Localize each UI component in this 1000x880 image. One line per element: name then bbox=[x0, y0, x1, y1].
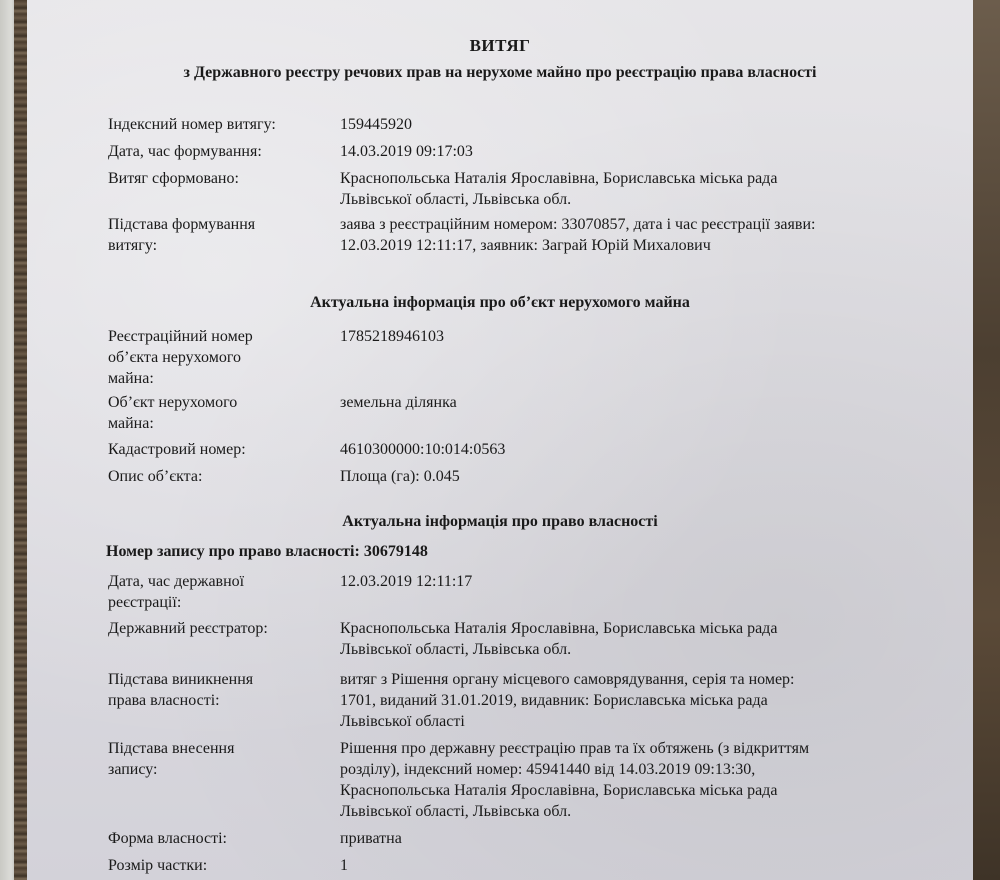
value-line: Львівської області, Львівська обл. bbox=[340, 639, 928, 660]
label-line: Дата, час формування: bbox=[108, 141, 340, 162]
field-label: Державний реєстратор: bbox=[108, 618, 340, 660]
value-line: 1785218946103 bbox=[340, 326, 928, 347]
field-cadastral-number: Кадастровий номер: 4610300000:10:014:056… bbox=[108, 439, 928, 460]
field-formation-datetime: Дата, час формування: 14.03.2019 09:17:0… bbox=[108, 141, 928, 162]
field-label: Дата, час формування: bbox=[108, 141, 340, 162]
label-line: запису: bbox=[108, 759, 340, 780]
background-left-binder-edge bbox=[14, 0, 28, 880]
value-line: 12.03.2019 12:11:17, заявник: Заграй Юрі… bbox=[340, 235, 928, 256]
field-formation-basis: Підстава формування витягу: заява з реєс… bbox=[108, 214, 928, 256]
field-label: Дата, час державної реєстрації: bbox=[108, 571, 340, 613]
label-line: Опис об’єкта: bbox=[108, 466, 340, 487]
field-value: заява з реєстраційним номером: 33070857,… bbox=[340, 214, 928, 256]
value-line: 12.03.2019 12:11:17 bbox=[340, 571, 928, 592]
field-object-type: Об’єкт нерухомого майна: земельна ділянк… bbox=[108, 392, 928, 434]
document-page: ВИТЯГ з Державного реєстру речових прав … bbox=[27, 0, 973, 880]
field-value: 159445920 bbox=[340, 114, 928, 135]
field-label: Реєстраційний номер об’єкта нерухомого м… bbox=[108, 326, 340, 389]
field-value: 1785218946103 bbox=[340, 326, 928, 389]
field-label: Об’єкт нерухомого майна: bbox=[108, 392, 340, 434]
ownership-record-number: Номер запису про право власності: 306791… bbox=[106, 543, 428, 561]
field-object-description: Опис об’єкта: Площа (га): 0.045 bbox=[108, 466, 928, 487]
document-title: ВИТЯГ bbox=[27, 36, 973, 56]
field-label: Підстава формування витягу: bbox=[108, 214, 340, 256]
value-line: 1701, виданий 31.01.2019, видавник: Бори… bbox=[340, 690, 928, 711]
value-line: Львівської області, Львівська обл. bbox=[340, 801, 928, 822]
value-line: Площа (га): 0.045 bbox=[340, 466, 928, 487]
field-label: Кадастровий номер: bbox=[108, 439, 340, 460]
label-line: майна: bbox=[108, 368, 340, 389]
section-title-property-object: Актуальна інформація про об’єкт нерухомо… bbox=[27, 294, 973, 312]
field-value: 1 bbox=[340, 855, 928, 876]
label-line: Об’єкт нерухомого bbox=[108, 392, 340, 413]
value-line: 1 bbox=[340, 855, 928, 876]
value-line: 14.03.2019 09:17:03 bbox=[340, 141, 928, 162]
label-line: Форма власності: bbox=[108, 828, 340, 849]
label-line: майна: bbox=[108, 413, 340, 434]
document-subtitle: з Державного реєстру речових прав на нер… bbox=[27, 64, 973, 82]
value-line: Краснопольська Наталія Ярославівна, Бори… bbox=[340, 780, 928, 801]
field-ownership-form: Форма власності: приватна bbox=[108, 828, 928, 849]
field-label: Підстава виникнення права власності: bbox=[108, 669, 340, 732]
field-entry-basis: Підстава внесення запису: Рішення про де… bbox=[108, 738, 928, 822]
label-line: витягу: bbox=[108, 235, 340, 256]
label-line: Підстава виникнення bbox=[108, 669, 340, 690]
label-line: Дата, час державної bbox=[108, 571, 340, 592]
value-line: розділу), індексний номер: 45941440 від … bbox=[340, 759, 928, 780]
value-line: Львівської області bbox=[340, 711, 928, 732]
label-line: права власності: bbox=[108, 690, 340, 711]
value-line: земельна ділянка bbox=[340, 392, 928, 413]
label-line: об’єкта нерухомого bbox=[108, 347, 340, 368]
label-line: Кадастровий номер: bbox=[108, 439, 340, 460]
field-state-registrar: Державний реєстратор: Краснопольська Нат… bbox=[108, 618, 928, 660]
field-value: 12.03.2019 12:11:17 bbox=[340, 571, 928, 613]
field-label: Індексний номер витягу: bbox=[108, 114, 340, 135]
section-title-ownership: Актуальна інформація про право власності bbox=[27, 513, 973, 531]
label-line: Розмір частки: bbox=[108, 855, 340, 876]
label-line: Реєстраційний номер bbox=[108, 326, 340, 347]
field-share-size: Розмір частки: 1 bbox=[108, 855, 928, 876]
value-line: приватна bbox=[340, 828, 928, 849]
field-extract-index-number: Індексний номер витягу: 159445920 bbox=[108, 114, 928, 135]
field-object-registration-number: Реєстраційний номер об’єкта нерухомого м… bbox=[108, 326, 928, 389]
value-line: Краснопольська Наталія Ярославівна, Бори… bbox=[340, 618, 928, 639]
field-value: приватна bbox=[340, 828, 928, 849]
label-line: реєстрації: bbox=[108, 592, 340, 613]
field-label: Підстава внесення запису: bbox=[108, 738, 340, 822]
field-registration-datetime: Дата, час державної реєстрації: 12.03.20… bbox=[108, 571, 928, 613]
field-value: Рішення про державну реєстрацію прав та … bbox=[340, 738, 928, 822]
value-line: Рішення про державну реєстрацію прав та … bbox=[340, 738, 928, 759]
label-line: Підстава формування bbox=[108, 214, 340, 235]
field-value: 14.03.2019 09:17:03 bbox=[340, 141, 928, 162]
label-line: Державний реєстратор: bbox=[108, 618, 340, 639]
value-line: Краснопольська Наталія Ярославівна, Бори… bbox=[340, 168, 928, 189]
field-value: 4610300000:10:014:0563 bbox=[340, 439, 928, 460]
label-line: Підстава внесення bbox=[108, 738, 340, 759]
value-line: заява з реєстраційним номером: 33070857,… bbox=[340, 214, 928, 235]
field-value: Площа (га): 0.045 bbox=[340, 466, 928, 487]
field-label: Опис об’єкта: bbox=[108, 466, 340, 487]
field-value: витяг з Рішення органу місцевого самовря… bbox=[340, 669, 928, 732]
field-formed-by: Витяг сформовано: Краснопольська Наталія… bbox=[108, 168, 928, 210]
field-label: Розмір частки: bbox=[108, 855, 340, 876]
field-value: Краснопольська Наталія Ярославівна, Бори… bbox=[340, 618, 928, 660]
field-value: Краснопольська Наталія Ярославівна, Бори… bbox=[340, 168, 928, 210]
field-value: земельна ділянка bbox=[340, 392, 928, 434]
label-line: Індексний номер витягу: bbox=[108, 114, 340, 135]
label-line: Витяг сформовано: bbox=[108, 168, 340, 189]
field-label: Витяг сформовано: bbox=[108, 168, 340, 210]
field-label: Форма власності: bbox=[108, 828, 340, 849]
field-ownership-basis: Підстава виникнення права власності: вит… bbox=[108, 669, 928, 732]
value-line: 4610300000:10:014:0563 bbox=[340, 439, 928, 460]
value-line: Львівської області, Львівська обл. bbox=[340, 189, 928, 210]
value-line: витяг з Рішення органу місцевого самовря… bbox=[340, 669, 928, 690]
value-line: 159445920 bbox=[340, 114, 928, 135]
